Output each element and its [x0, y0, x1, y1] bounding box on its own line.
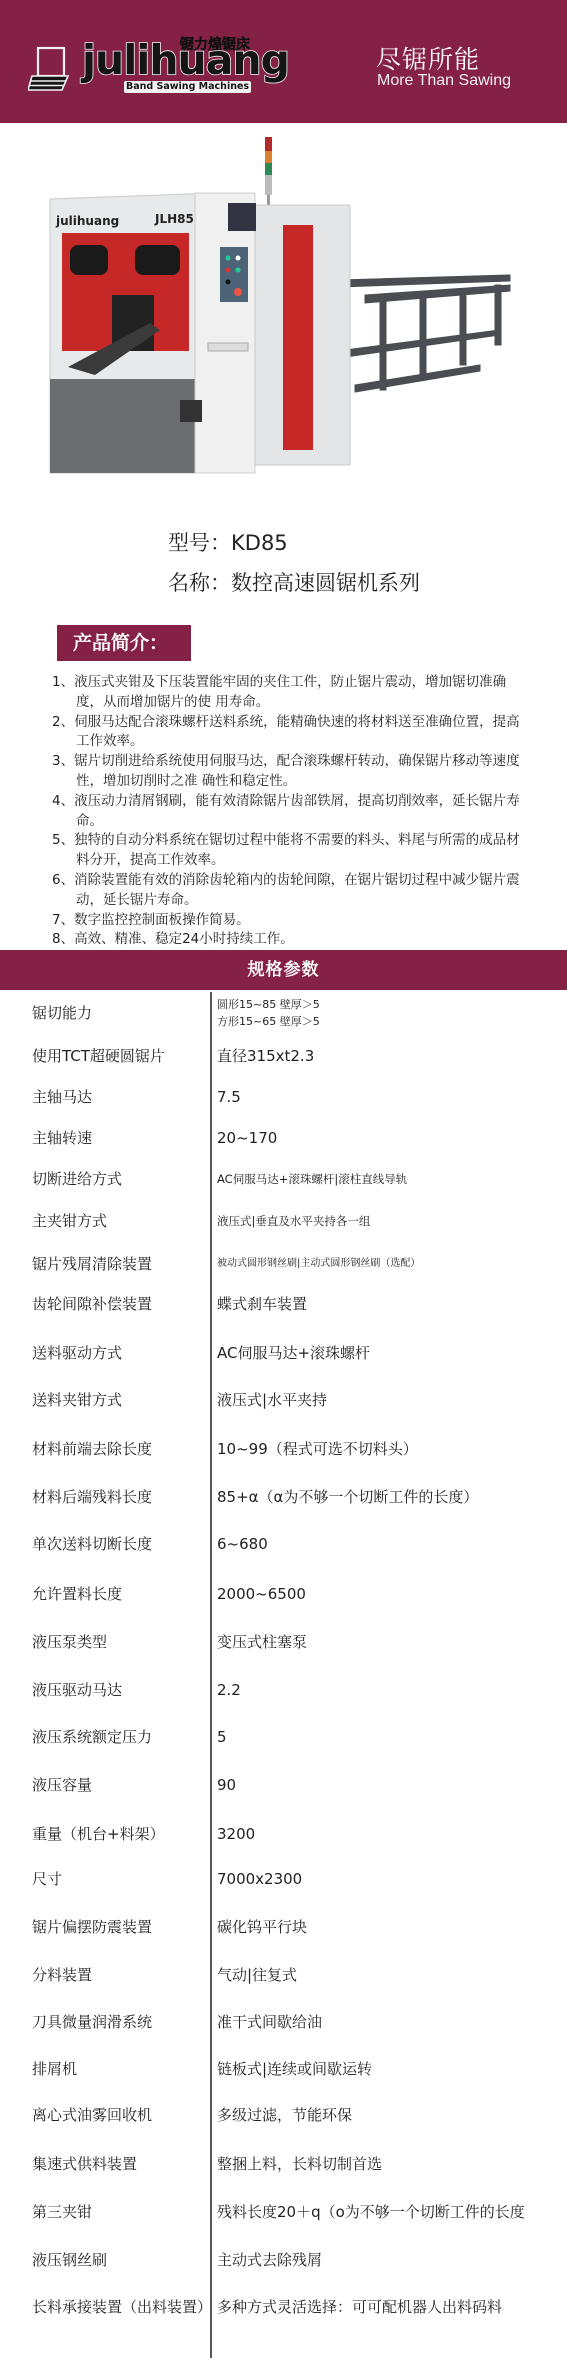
- spec-value: 气动|往复式: [217, 1955, 297, 1995]
- spec-value-line: 方形15~65 壁厚＞5: [217, 1013, 320, 1030]
- spec-row: 送料夹钳方式 液压式|水平夹持: [0, 1380, 567, 1420]
- spec-row: 离心式油雾回收机 多级过滤，节能环保: [0, 2095, 567, 2135]
- spec-row: 锯片残屑清除装置 被动式圆形钢丝刷|主动式圆形钢丝刷（选配）: [0, 1244, 567, 1284]
- machine-brand-label: julihuang: [55, 214, 119, 228]
- spec-label: 锯片偏摆防震装置: [32, 1907, 152, 1947]
- spec-row: 液压容量 90: [0, 1765, 567, 1805]
- spec-value: AC伺服马达+滚珠螺杆|滚柱直线导轨: [217, 1159, 407, 1199]
- spec-label: 锯切能力: [32, 993, 92, 1033]
- spec-label: 液压泵类型: [32, 1622, 107, 1662]
- saw-machine-logo-icon: [28, 46, 76, 92]
- spec-label: 允许置料长度: [32, 1574, 122, 1614]
- spec-label: 送料驱动方式: [32, 1333, 122, 1373]
- spec-value: 圆形15~85 壁厚＞5 方形15~65 壁厚＞5: [217, 993, 320, 1033]
- spec-row: 液压泵类型 变压式柱塞泵: [0, 1622, 567, 1662]
- feature-item: 2、伺服马达配合滚珠螺杆送料系统，能精确快速的将材料送至准确位置，提高工作效率。: [52, 713, 522, 753]
- spec-label: 切断进给方式: [32, 1159, 122, 1199]
- spec-label: 主夹钳方式: [32, 1201, 107, 1241]
- spec-value: 7.5: [217, 1077, 241, 1117]
- specs-section-title: 规格参数: [0, 950, 567, 990]
- feature-item: 1、液压式夹钳及下压装置能牢固的夹住工件，防止锯片震动，增加锯切准确度，从而增加…: [52, 673, 522, 713]
- spec-row: 排屑机 链板式|连续或间歇运转: [0, 2049, 567, 2089]
- intro-section-title: 产品简介：: [57, 625, 191, 661]
- feature-item: 5、独特的自动分料系统在锯切过程中能将不需要的料头、料尾与所需的成品材料分开，提…: [52, 831, 522, 871]
- spec-value: 残料长度20＋q（o为不够一个切断工件的长度: [217, 2192, 525, 2232]
- spec-value: 被动式圆形钢丝刷|主动式圆形钢丝刷（选配）: [217, 1244, 420, 1284]
- signal-light-icon: [265, 137, 272, 211]
- spec-label: 齿轮间隙补偿装置: [32, 1284, 152, 1324]
- spec-label: 第三夹钳: [32, 2192, 92, 2232]
- logo-subtitle: Band Sawing Machines: [124, 81, 251, 93]
- spec-label: 液压驱动马达: [32, 1670, 122, 1710]
- spec-value: 多级过滤，节能环保: [217, 2095, 352, 2135]
- spec-label: 刀具微量润滑系统: [32, 2002, 152, 2042]
- spec-row: 重量（机台+料架） 3200: [0, 1814, 567, 1854]
- spec-label: 液压钢丝刷: [32, 2240, 107, 2280]
- feature-item: 8、高效、精准、稳定24小时持续工作。: [52, 930, 522, 950]
- spec-row: 液压钢丝刷 主动式去除残屑: [0, 2240, 567, 2280]
- spec-row: 材料后端残料长度 85+α（α为不够一个切断工件的长度）: [0, 1477, 567, 1517]
- feed-conveyor-rack: [340, 275, 510, 395]
- spec-value: 6~680: [217, 1524, 268, 1564]
- spec-value: 20~170: [217, 1118, 277, 1158]
- spec-value: 多种方式灵活选择：可可配机器人出料码料: [217, 2287, 502, 2327]
- spec-label: 分料装置: [32, 1955, 92, 1995]
- feature-item: 4、液压动力清屑钢刷，能有效清除锯片齿部铁屑，提高切削效率，延长锯片寿命。: [52, 792, 522, 832]
- spec-row: 允许置料长度 2000~6500: [0, 1574, 567, 1614]
- spec-label: 锯片残屑清除装置: [32, 1244, 152, 1284]
- product-image: julihuang JLH85: [40, 135, 530, 510]
- spec-label: 送料夹钳方式: [32, 1380, 122, 1420]
- spec-row: 材料前端去除长度 10~99（程式可选不切料头）: [0, 1429, 567, 1469]
- spec-row: 切断进给方式 AC伺服马达+滚珠螺杆|滚柱直线导轨: [0, 1159, 567, 1199]
- spec-label: 主轴转速: [32, 1118, 92, 1158]
- spec-value: 准干式间歇给油: [217, 2002, 322, 2042]
- spec-label: 集速式供料装置: [32, 2144, 137, 2184]
- brand-logo: 锯力煌锯床 julihuang Band Sawing Machines: [28, 34, 298, 96]
- spec-row: 分料装置 气动|往复式: [0, 1955, 567, 1995]
- feature-item: 7、数字监控控制面板操作简易。: [52, 911, 522, 931]
- spec-value: 整捆上料，长料切制首选: [217, 2144, 382, 2184]
- logo-wordmark: julihuang: [82, 40, 289, 81]
- spec-value: 2000~6500: [217, 1574, 306, 1614]
- spec-row: 主夹钳方式 液压式|垂直及水平夹持各一组: [0, 1201, 567, 1241]
- spec-value: AC伺服马达+滚珠螺杆: [217, 1333, 370, 1373]
- spec-label: 主轴马达: [32, 1077, 92, 1117]
- feature-list: 1、液压式夹钳及下压装置能牢固的夹住工件，防止锯片震动，增加锯切准确度，从而增加…: [52, 673, 522, 950]
- spec-value: 90: [217, 1765, 236, 1805]
- spec-label: 材料前端去除长度: [32, 1429, 152, 1469]
- spec-row: 齿轮间隙补偿装置 蝶式刹车装置: [0, 1284, 567, 1324]
- spec-value-line: 圆形15~85 壁厚＞5: [217, 996, 320, 1013]
- feature-item: 3、锯片切削进给系统使用伺服马达，配合滚珠螺杆转动，确保锯片移动等速度性，增加切…: [52, 752, 522, 792]
- feature-item: 6、消除装置能有效的消除齿轮箱内的齿轮间隙，在锯片锯切过程中减少锯片震动，延长锯…: [52, 871, 522, 911]
- header-banner: 锯力煌锯床 julihuang Band Sawing Machines 尽锯所…: [0, 0, 567, 123]
- slogan-english: More Than Sawing: [377, 72, 511, 90]
- spec-label: 单次送料切断长度: [32, 1524, 152, 1564]
- machine-model-label: JLH85: [154, 212, 194, 226]
- spec-row: 锯切能力 圆形15~85 壁厚＞5 方形15~65 壁厚＞5: [0, 993, 567, 1033]
- spec-label: 使用TCT超硬圆锯片: [32, 1036, 165, 1076]
- spec-value: 变压式柱塞泵: [217, 1622, 307, 1662]
- spec-row: 长料承接装置（出料装置） 多种方式灵活选择：可可配机器人出料码料: [0, 2287, 567, 2327]
- spec-value: 液压式|垂直及水平夹持各一组: [217, 1201, 370, 1241]
- spec-row: 液压驱动马达 2.2: [0, 1670, 567, 1710]
- spec-label: 材料后端残料长度: [32, 1477, 152, 1517]
- spec-row: 主轴转速 20~170: [0, 1118, 567, 1158]
- spec-value: 蝶式刹车装置: [217, 1284, 307, 1324]
- spec-value: 2.2: [217, 1670, 241, 1710]
- spec-value: 碳化钨平行块: [217, 1907, 307, 1947]
- spec-value: 3200: [217, 1814, 255, 1854]
- spec-value: 5: [217, 1717, 227, 1757]
- spec-row: 集速式供料装置 整捆上料，长料切制首选: [0, 2144, 567, 2184]
- spec-label: 尺寸: [32, 1859, 62, 1899]
- spec-value: 7000x2300: [217, 1859, 302, 1899]
- spec-row: 液压系统额定压力 5: [0, 1717, 567, 1757]
- spec-row: 锯片偏摆防震装置 碳化钨平行块: [0, 1907, 567, 1947]
- spec-label: 液压容量: [32, 1765, 92, 1805]
- spec-row: 第三夹钳 残料长度20＋q（o为不够一个切断工件的长度: [0, 2192, 567, 2232]
- spec-row: 使用TCT超硬圆锯片 直径315xt2.3: [0, 1036, 567, 1076]
- spec-label: 离心式油雾回收机: [32, 2095, 152, 2135]
- spec-row: 尺寸 7000x2300: [0, 1859, 567, 1899]
- spec-label: 重量（机台+料架）: [32, 1814, 165, 1854]
- slogan-chinese: 尽锯所能: [376, 40, 480, 76]
- spec-row: 主轴马达 7.5: [0, 1077, 567, 1117]
- product-name: 名称：数控高速圆锯机系列: [168, 567, 420, 597]
- spec-value: 10~99（程式可选不切料头）: [217, 1429, 418, 1469]
- spec-value: 链板式|连续或间歇运转: [217, 2049, 372, 2089]
- spec-label: 液压系统额定压力: [32, 1717, 152, 1757]
- spec-label: 排屑机: [32, 2049, 77, 2089]
- spec-row: 单次送料切断长度 6~680: [0, 1524, 567, 1564]
- product-model: 型号：KD85: [168, 527, 288, 557]
- spec-label: 长料承接装置（出料装置）: [32, 2287, 212, 2327]
- spec-row: 刀具微量润滑系统 准干式间歇给油: [0, 2002, 567, 2042]
- spec-value: 直径315xt2.3: [217, 1036, 314, 1076]
- spec-row: 送料驱动方式 AC伺服马达+滚珠螺杆: [0, 1333, 567, 1373]
- spec-value: 85+α（α为不够一个切断工件的长度）: [217, 1477, 478, 1517]
- spec-value: 主动式去除残屑: [217, 2240, 322, 2280]
- spec-value: 液压式|水平夹持: [217, 1380, 327, 1420]
